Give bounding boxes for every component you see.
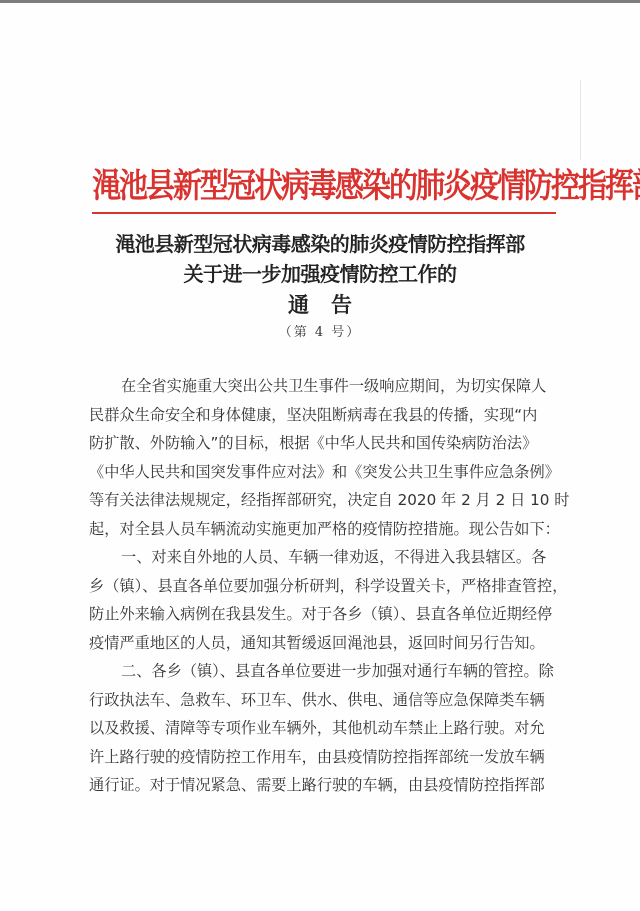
page-number: 1: [306, 782, 312, 793]
body-line: 等有关法律法规规定，经指挥部研究，决定自 2020 年 2 月 2 日 10 时: [89, 486, 529, 515]
notice-title-main: 通告: [60, 289, 580, 319]
body-line: 一、对来自外地的人员、车辆一律劝返，不得进入我县辖区。各: [89, 543, 529, 572]
notice-body: 在全省实施重大突出公共卫生事件一级响应期间，为切实保障人 民群众生命安全和身体健…: [89, 372, 529, 800]
body-line: 起，对全县人员车辆流动实施更加严格的疫情防控措施。现公告如下：: [89, 515, 529, 544]
notice-title-line-2: 关于进一步加强疫情防控工作的: [60, 258, 580, 287]
body-line: 防止外来输入病例在我县发生。对于各乡（镇）、县直各单位近期经停: [89, 600, 529, 629]
body-line: 行政执法车、急救车、环卫车、供水、供电、通信等应急保障类车辆: [89, 686, 529, 715]
body-line: 《中华人民共和国突发事件应对法》和《突发公共卫生事件应急条例》: [89, 458, 529, 487]
body-line: 许上路行驶的疫情防控工作用车，由县疫情防控指挥部统一发放车辆: [89, 743, 529, 772]
letterhead-red-rule: [92, 212, 556, 214]
scan-top-edge: [0, 0, 640, 3]
notice-title-line-1: 渑池县新型冠状病毒感染的肺炎疫情防控指挥部: [60, 228, 580, 257]
body-line: 在全省实施重大突出公共卫生事件一级响应期间，为切实保障人: [89, 372, 529, 401]
body-line: 疫情严重地区的人员，通知其暂缓返回渑池县，返回时间另行告知。: [89, 629, 529, 658]
document-number: （第 4 号）: [60, 321, 580, 340]
scan-artifact-line: [580, 80, 581, 160]
body-line: 乡（镇）、县直各单位要加强分析研判，科学设置关卡，严格排查管控，: [89, 572, 529, 601]
body-line: 以及救援、清障等专项作业车辆外，其他机动车禁止上路行驶。对允: [89, 714, 529, 743]
letterhead-title: 渑池县新型冠状病毒感染的肺炎疫情防控指挥部: [92, 160, 548, 207]
body-line: 防扩散、外防输入”的目标，根据《中华人民共和国传染病防治法》: [89, 429, 529, 458]
body-line: 二、各乡（镇）、县直各单位要进一步加强对通行车辆的管控。除: [89, 657, 529, 686]
body-line: 民群众生命安全和身体健康，坚决阻断病毒在我县的传播，实现“内: [89, 401, 529, 430]
